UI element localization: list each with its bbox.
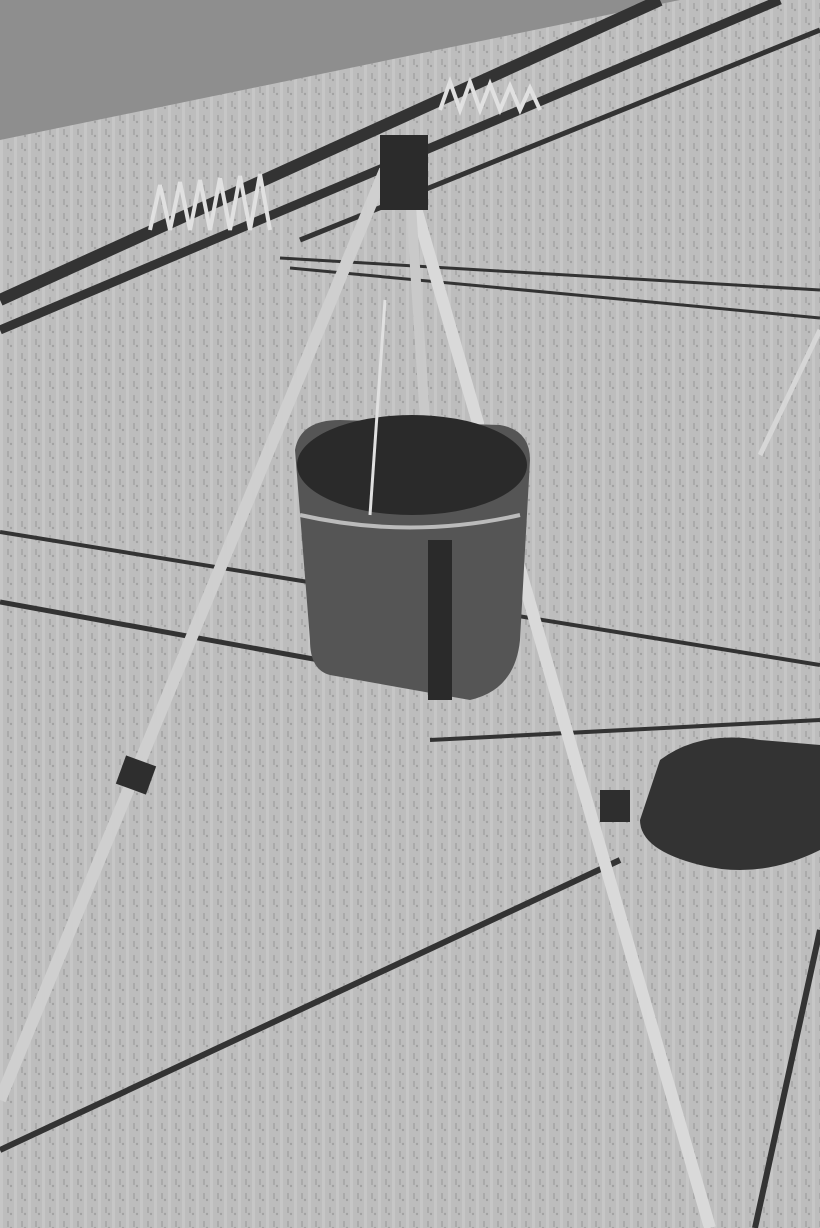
photo-scene bbox=[0, 0, 820, 1228]
ground-shadow-blob bbox=[640, 738, 820, 871]
